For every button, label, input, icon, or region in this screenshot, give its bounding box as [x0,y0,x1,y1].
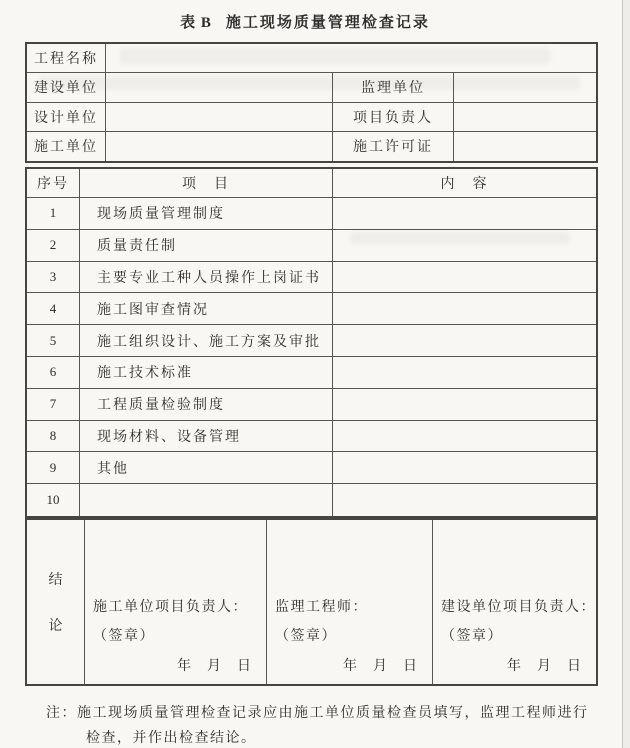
construction-unit-value [106,132,333,161]
row-item: 工程质量检验制度 [80,389,333,421]
row-no: 7 [27,389,80,421]
row-no: 10 [27,484,80,516]
row-content [333,293,596,325]
signature-seal-label: （签章） [441,625,588,645]
project-leader-value [454,103,596,132]
row-item: 施工图审查情况 [80,293,333,325]
footnote-prefix: 注： [46,706,77,721]
conclusion-section: 结 论 施工单位项目负责人： （签章） 年 月 日 监理工程师： （签章） 年 … [25,518,598,686]
row-no: 9 [27,452,80,484]
row-no: 6 [27,357,80,389]
construction-unit-label: 施工单位 [27,132,106,161]
signature-block-constructor: 施工单位项目负责人： （签章） 年 月 日 [85,520,267,684]
design-unit-label: 设计单位 [27,103,106,132]
signature-block-client: 建设单位项目负责人： （签章） 年 月 日 [433,520,596,684]
scanned-form-page: 表 B施工现场质量管理检查记录 工程名称 建设单位 监理单位 设计单位 项目负责… [0,0,630,748]
conclusion-char-2: 论 [49,615,63,635]
row-content [333,198,596,230]
signature-title: 建设单位项目负责人： [441,596,588,616]
row-no: 3 [27,262,80,294]
row-item: 其他 [80,452,333,484]
conclusion-char-1: 结 [49,569,63,589]
signature-date-line: 年 月 日 [93,655,258,675]
page-scan-edge [622,0,630,748]
table-title-text: 施工现场质量管理检查记录 [226,15,430,31]
signature-title: 施工单位项目负责人： [93,596,258,616]
items-table: 序号 项 目 内 容 1 现场质量管理制度 2 质量责任制 3 主要专业工种人员… [25,167,598,518]
row-item: 施工技术标准 [80,357,333,389]
row-item [80,484,333,516]
row-content [333,452,596,484]
conclusion-label: 结 论 [27,520,85,684]
page-title: 表 B施工现场质量管理检查记录 [0,11,610,32]
row-content [333,389,596,421]
client-unit-value [106,73,333,102]
column-header-content: 内 容 [333,169,596,198]
footnote-line-1: 注：施工现场质量管理检查记录应由施工单位质量检查员填写，监理工程师进行 [46,701,602,726]
project-leader-label: 项目负责人 [333,103,454,132]
row-no: 5 [27,325,80,357]
row-item: 施工组织设计、施工方案及审批 [80,325,333,357]
row-content [333,421,596,453]
row-content [333,325,596,357]
row-content [333,484,596,516]
row-item: 现场材料、设备管理 [80,421,333,453]
row-content [333,262,596,294]
row-no: 1 [27,198,80,230]
supervision-unit-label: 监理单位 [333,73,454,102]
signature-seal-label: （签章） [93,625,258,645]
signature-date-line: 年 月 日 [441,655,588,675]
design-unit-value [106,103,333,132]
column-header-item: 项 目 [80,169,333,198]
row-no: 2 [27,230,80,262]
table-code: 表 B [180,15,212,31]
row-content [333,230,596,262]
footnote-text-1: 施工现场质量管理检查记录应由施工单位质量检查员填写，监理工程师进行 [77,706,589,721]
client-unit-label: 建设单位 [27,73,106,102]
construction-permit-value [454,132,596,161]
row-item: 质量责任制 [80,230,333,262]
row-no: 4 [27,293,80,325]
row-item: 主要专业工种人员操作上岗证书 [80,262,333,294]
construction-permit-label: 施工许可证 [333,132,454,161]
header-fields-table: 工程名称 建设单位 监理单位 设计单位 项目负责人 施工单位 施工许可证 [25,42,598,163]
signature-title: 监理工程师： [275,596,424,616]
footnote: 注：施工现场质量管理检查记录应由施工单位质量检查员填写，监理工程师进行 检查，并… [46,701,602,748]
row-item: 现场质量管理制度 [80,198,333,230]
signature-seal-label: （签章） [275,625,424,645]
project-name-value [106,44,596,73]
signature-date-line: 年 月 日 [275,655,424,675]
supervision-unit-value [454,73,596,102]
row-content [333,357,596,389]
column-header-no: 序号 [27,169,80,198]
footnote-line-2: 检查，并作出检查结论。 [86,726,602,748]
project-name-label: 工程名称 [27,44,106,73]
row-no: 8 [27,421,80,453]
signature-block-supervisor: 监理工程师： （签章） 年 月 日 [267,520,433,684]
